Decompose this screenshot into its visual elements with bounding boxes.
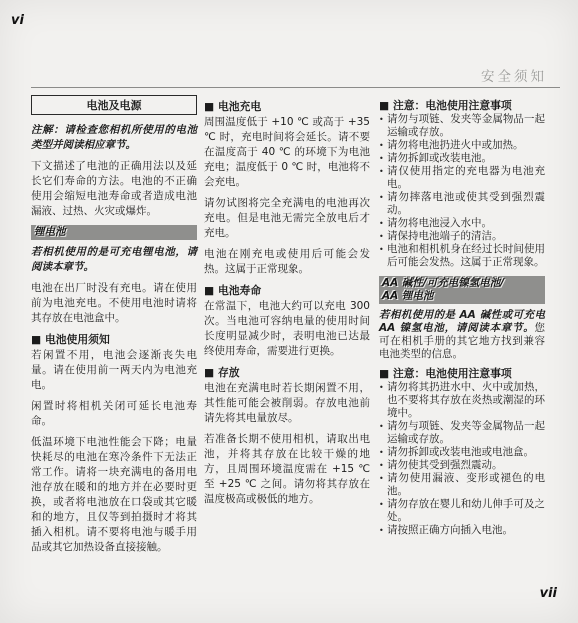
bullet-text: 请保持电池端子的清洁。 bbox=[387, 230, 545, 243]
bullet-item: •请勿使其受到强烈震动。 bbox=[379, 459, 545, 472]
bullet-item: •请勿将其扔进水中、火中或加热，也不要将其存放在炎热或潮湿的环境中。 bbox=[379, 381, 545, 420]
bullet-text: 请按照正确方向插入电池。 bbox=[387, 524, 545, 537]
bullet-dot-icon: • bbox=[379, 152, 387, 165]
caution-heading-2: ■ 注意：电池使用注意事项 bbox=[379, 367, 545, 380]
bullet-dot-icon: • bbox=[379, 191, 387, 217]
page-number-top: vi bbox=[11, 13, 24, 28]
middle-column: ■ 电池充电 周围温度低于 +10 ℃ 或高于 +35 ℃ 时，充电时间将会延长… bbox=[204, 95, 370, 513]
bullet-dot-icon: • bbox=[379, 230, 387, 243]
bullet-text: 请勿拆卸或改装电池。 bbox=[387, 152, 545, 165]
battery-life-heading: ■ 电池寿命 bbox=[204, 283, 370, 298]
header-rule bbox=[31, 87, 560, 88]
bullet-text: 请勿使其受到强烈震动。 bbox=[387, 459, 545, 472]
bullet-item: •请仅使用指定的充电器为电池充电。 bbox=[379, 165, 545, 191]
bullet-item: •电池和相机机身在经过长时间使用后可能会发热。这属于正常现象。 bbox=[379, 243, 545, 269]
bullet-text: 请勿将电池扔进火中或加热。 bbox=[387, 139, 545, 152]
storage-heading: ■ 存放 bbox=[204, 365, 370, 380]
bullet-item: •请勿拆卸或改装电池或电池盒。 bbox=[379, 446, 545, 459]
left-column: 电池及电源 注解：请检查您相机所使用的电池类型并阅读相应章节。 下文描述了电池的… bbox=[31, 95, 197, 561]
bullet-dot-icon: • bbox=[379, 243, 387, 269]
bullet-text: 请勿与项链、发夹等金属物品一起运输或存放。 bbox=[387, 113, 545, 139]
battery-type-note: 注解：请检查您相机所使用的电池类型并阅读相应章节。 bbox=[31, 123, 197, 153]
bullet-text: 请勿存放在婴儿和幼儿伸手可及之处。 bbox=[387, 498, 545, 524]
caution-list-2: •请勿将其扔进水中、火中或加热，也不要将其存放在炎热或潮湿的环境中。•请勿与项链… bbox=[379, 381, 545, 537]
bullet-dot-icon: • bbox=[379, 113, 387, 139]
usage-paragraph-1: 若闲置不用，电池会逐渐丧失电量。请在使用前一两天内为电池充电。 bbox=[31, 348, 197, 393]
bullet-dot-icon: • bbox=[379, 420, 387, 446]
storage-paragraph-1: 电池在充满电时若长期闲置不用，其性能可能会被削弱。存放电池前请先将其电量放尽。 bbox=[204, 381, 370, 426]
usage-heading: ■ 电池使用须知 bbox=[31, 332, 197, 347]
charging-paragraph-3: 电池在刚充电或使用后可能会发热。这属于正常现象。 bbox=[204, 247, 370, 277]
bullet-item: •请勿存放在婴儿和幼儿伸手可及之处。 bbox=[379, 498, 545, 524]
bullet-item: •请勿将电池浸入水中。 bbox=[379, 217, 545, 230]
usage-paragraph-3: 低温环境下电池性能会下降；电量快耗尽的电池在寒冷条件下无法正常工作。请将一块充满… bbox=[31, 435, 197, 555]
bullet-text: 请勿使用漏液、变形或褪色的电池。 bbox=[387, 472, 545, 498]
bullet-text: 请仅使用指定的充电器为电池充电。 bbox=[387, 165, 545, 191]
bullet-dot-icon: • bbox=[379, 165, 387, 191]
bullet-item: •请勿使用漏液、变形或褪色的电池。 bbox=[379, 472, 545, 498]
bullet-item: •请勿将电池扔进火中或加热。 bbox=[379, 139, 545, 152]
bullet-dot-icon: • bbox=[379, 139, 387, 152]
lithium-note: 若相机使用的是可充电锂电池，请阅读本章节。 bbox=[31, 245, 197, 275]
bullet-text: 请勿拆卸或改装电池或电池盒。 bbox=[387, 446, 545, 459]
bullet-text: 请勿将其扔进水中、火中或加热，也不要将其存放在炎热或潮湿的环境中。 bbox=[387, 381, 545, 420]
intro-paragraph: 下文描述了电池的正确用法以及延长它们寿命的方法。电池的不正确使用会缩短电池寿命或… bbox=[31, 159, 197, 219]
bullet-dot-icon: • bbox=[379, 446, 387, 459]
aa-battery-label-line2: AA 锂电池 bbox=[382, 290, 542, 303]
bullet-text: 电池和相机机身在经过长时间使用后可能会发热。这属于正常现象。 bbox=[387, 243, 545, 269]
bullet-dot-icon: • bbox=[379, 217, 387, 230]
running-header: 安全须知 bbox=[481, 65, 547, 85]
bullet-dot-icon: • bbox=[379, 459, 387, 472]
page-number-bottom: vii bbox=[379, 586, 557, 601]
bullet-text: 请勿与项链、发夹等金属物品一起运输或存放。 bbox=[387, 420, 545, 446]
lithium-paragraph: 电池在出厂时没有充电。请在使用前为电池充电。不使用电池时请将其存放在电池盒中。 bbox=[31, 281, 197, 326]
lithium-battery-label: 锂电池 bbox=[31, 225, 197, 240]
bullet-dot-icon: • bbox=[379, 472, 387, 498]
bullet-dot-icon: • bbox=[379, 498, 387, 524]
bullet-item: •请保持电池端子的清洁。 bbox=[379, 230, 545, 243]
bullet-item: •请勿拆卸或改装电池。 bbox=[379, 152, 545, 165]
charging-paragraph-2: 请勿试图将完全充满电的电池再次充电。但是电池无需完全放电后才充电。 bbox=[204, 196, 370, 241]
aa-battery-label-line1: AA 碱性/可充电镍氢电池/ bbox=[382, 277, 542, 290]
bullet-item: •请按照正确方向插入电池。 bbox=[379, 524, 545, 537]
aa-note-paragraph: 若相机使用的是 AA 碱性或可充电 AA 镍氢电池，请阅读本章节。您可在相机手册… bbox=[379, 309, 545, 361]
bullet-text: 请勿摔落电池或使其受到强烈震动。 bbox=[387, 191, 545, 217]
manual-page: vi 安全须知 电池及电源 注解：请检查您相机所使用的电池类型并阅读相应章节。 … bbox=[0, 0, 578, 623]
bullet-item: •请勿与项链、发夹等金属物品一起运输或存放。 bbox=[379, 420, 545, 446]
charging-paragraph-1: 周围温度低于 +10 ℃ 或高于 +35 ℃ 时，充电时间将会延长。请不要在温度… bbox=[204, 115, 370, 190]
charging-heading: ■ 电池充电 bbox=[204, 99, 370, 114]
bullet-dot-icon: • bbox=[379, 381, 387, 420]
aa-battery-label: AA 碱性/可充电镍氢电池/ AA 锂电池 bbox=[379, 276, 545, 304]
bullet-item: •请勿摔落电池或使其受到强烈震动。 bbox=[379, 191, 545, 217]
bullet-item: •请勿与项链、发夹等金属物品一起运输或存放。 bbox=[379, 113, 545, 139]
storage-paragraph-2: 若准备长期不使用相机，请取出电池，并将其存放在比较干燥的地方，且周围环境温度需在… bbox=[204, 432, 370, 507]
section-box-title: 电池及电源 bbox=[31, 95, 197, 115]
usage-paragraph-2: 闲置时将相机关闭可延长电池寿命。 bbox=[31, 399, 197, 429]
aa-note-bold: 若相机使用的是 AA 碱性或可充电 AA 镍氢电池，请阅读本章节。 bbox=[379, 309, 545, 334]
right-column: ■ 注意：电池使用注意事项 •请勿与项链、发夹等金属物品一起运输或存放。•请勿将… bbox=[379, 95, 545, 544]
caution-list-1: •请勿与项链、发夹等金属物品一起运输或存放。•请勿将电池扔进火中或加热。•请勿拆… bbox=[379, 113, 545, 269]
bullet-text: 请勿将电池浸入水中。 bbox=[387, 217, 545, 230]
battery-life-paragraph: 在常温下，电池大约可以充电 300 次。当电池可容纳电量的使用时间长度明显减少时… bbox=[204, 299, 370, 359]
caution-heading-1: ■ 注意：电池使用注意事项 bbox=[379, 99, 545, 112]
bullet-dot-icon: • bbox=[379, 524, 387, 537]
